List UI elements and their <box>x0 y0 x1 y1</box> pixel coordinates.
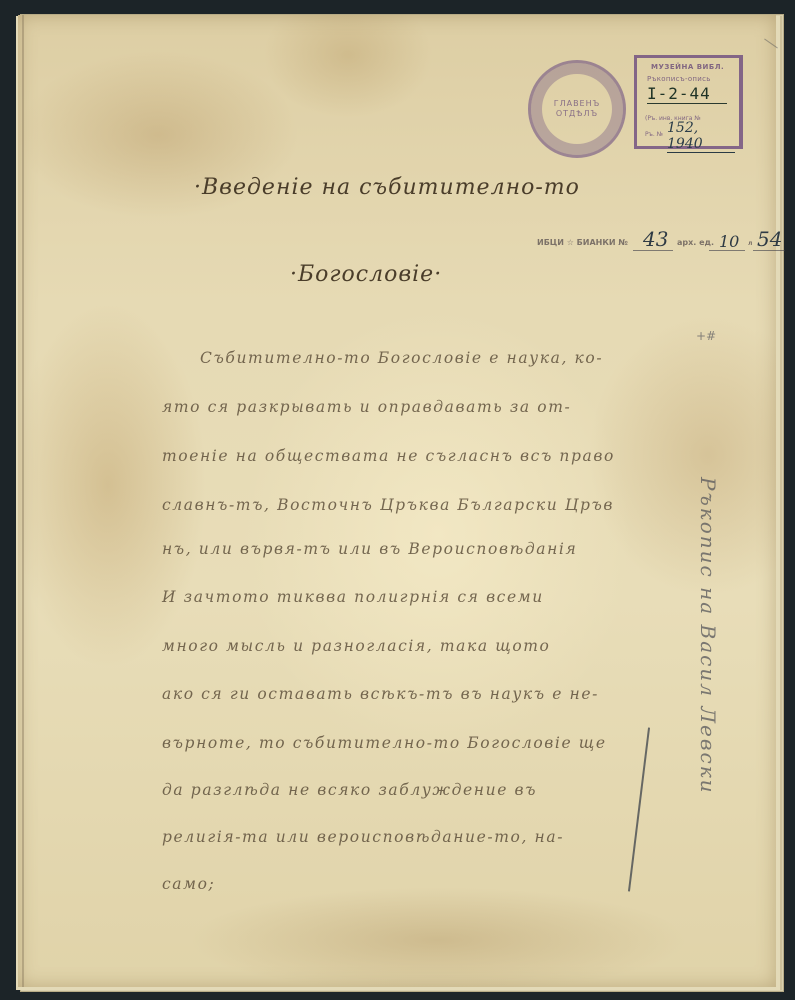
pencil-attribution-note: Ръкопис на Васил Левски <box>696 477 720 737</box>
text-line: религія-та или вероисповѣдание-то, на- <box>162 828 564 846</box>
round-seal-stamp: ГЛАВЕНЪ ОТДѢЛЪ <box>528 60 626 158</box>
sheet-underline <box>753 250 785 251</box>
text-line: много мысль и разногласія, така щото <box>162 637 550 655</box>
stamp-inventory-number: 152, 1940 <box>667 120 735 153</box>
archive-unit-label: арх. ед. <box>677 238 714 247</box>
text-line: ако ся ги оставать всѣкъ-тъ въ наукъ е н… <box>162 685 599 703</box>
text-line: тоеніе на обществата не съгласнъ всъ пра… <box>162 447 615 465</box>
pencil-margin-stroke <box>628 727 650 891</box>
text-line: ято ся разкрывать и оправдавать за от- <box>162 398 571 416</box>
stamp-manuscript-label: Ръкописъ-опись <box>647 75 711 83</box>
text-line: славнъ-тъ, Восточнъ Цръква Български Цръ… <box>162 496 614 514</box>
archive-unit-number: 10 <box>719 232 739 251</box>
page-binding-edge <box>22 15 24 987</box>
corner-pencil-tick <box>764 39 778 49</box>
fond-underline <box>633 250 673 251</box>
text-line: И зачтото тиквва полигрнія ся всеми <box>162 588 544 606</box>
text-line: Събитително-то Богословіе е наука, ко- <box>200 349 603 367</box>
text-line: само; <box>162 875 215 893</box>
archive-sheet-number: 54 <box>757 227 782 251</box>
archive-sheet-label: л <box>748 240 752 247</box>
archive-fond-number: 43 <box>643 227 668 251</box>
round-seal-text: ГЛАВЕНЪ ОТДѢЛЪ <box>542 99 612 119</box>
manuscript-title-line-2: ·Богословіе· <box>290 262 442 287</box>
pencil-cross-mark: +# <box>696 329 716 343</box>
manuscript-page: ГЛАВЕНЪ ОТДѢЛЪ МУЗЕЙНА ВИБЛ. Ръкописъ-оп… <box>18 15 776 987</box>
text-line: нъ, или вървя-тъ или въ Вероисповѣданія <box>162 540 577 558</box>
manuscript-title-line-1: ·Введеніе на събитително-то <box>194 175 580 200</box>
museum-library-stamp: МУЗЕЙНА ВИБЛ. Ръкописъ-опись I-2-44 (Ръ.… <box>634 55 743 149</box>
text-line: да разглѣда не всяко заблуждение въ <box>162 781 537 799</box>
archive-reference-stamp: ИБЦИ ☆ БИАНКИ № 43 арх. ед. 10 л 54 <box>537 227 785 253</box>
stamp-number-label: Ръ. № <box>645 131 663 138</box>
stamp-shelf-mark: I-2-44 <box>647 84 727 104</box>
archive-fond-label: ИБЦИ ☆ БИАНКИ № <box>537 238 628 247</box>
text-line: върноте, то събитително-то Богословіе ще <box>162 734 607 752</box>
stamp-museum-label: МУЗЕЙНА ВИБЛ. <box>651 63 724 71</box>
unit-underline <box>709 250 745 251</box>
